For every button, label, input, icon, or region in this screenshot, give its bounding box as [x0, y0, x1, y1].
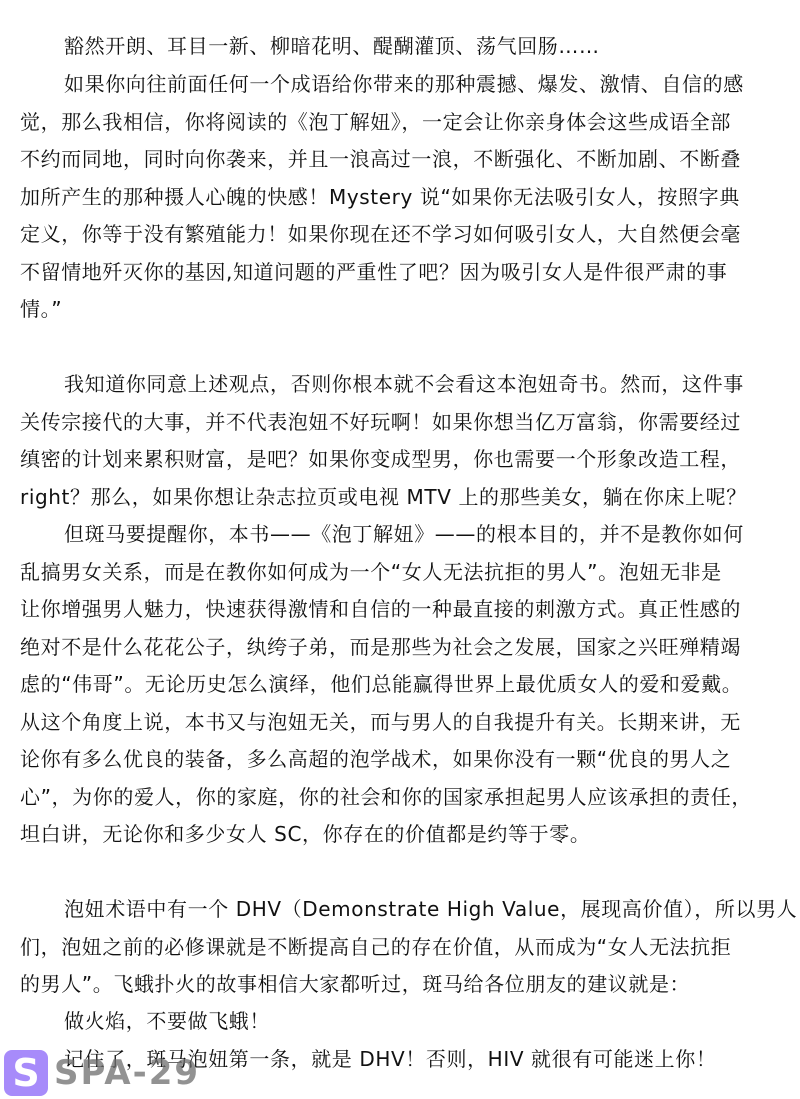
paragraph-intro: 如果你向往前面任何一个成语给你带来的那种震撼、爆发、激情、自信的感 觉，那么我相…: [20, 66, 782, 329]
text-line: right？那么，如果你想让杂志拉页或电视 MTV 上的那些美女，躺在你床上呢？: [20, 479, 782, 517]
text-line: 的男人”。飞蛾扑火的故事相信大家都听过，斑马给各位朋友的建议就是：: [20, 966, 782, 1004]
text-line: 乱搞男女关系，而是在教你如何成为一个“女人无法抗拒的男人”。泡妞无非是: [20, 554, 782, 592]
document-page: 豁然开朗、耳目一新、柳暗花明、醍醐灌顶、荡气回肠…… 如果你向往前面任何一个成语…: [0, 0, 800, 1099]
text-line: 但斑马要提醒你，本书——《泡丁解妞》——的根本目的，并不是教你如何: [20, 516, 782, 554]
text-line: 如果你向往前面任何一个成语给你带来的那种震撼、爆发、激情、自信的感: [20, 66, 782, 104]
text-line: 不约而同地，同时向你袭来，并且一浪高过一浪，不断强化、不断加剧、不断叠: [20, 141, 782, 179]
text-line: 我知道你同意上述观点，否则你根本就不会看这本泡妞奇书。然而，这件事: [20, 366, 782, 404]
paragraph-flame: 做火焰，不要做飞蛾！: [20, 1003, 782, 1041]
text-line: 论你有多么优良的装备，多么高超的泡学战术，如果你没有一颗“优良的男人之: [20, 741, 782, 779]
text-line: 坦白讲，无论你和多少女人 SC，你存在的价值都是约等于零。: [20, 816, 782, 854]
text-line: 豁然开朗、耳目一新、柳暗花明、醍醐灌顶、荡气回肠……: [20, 28, 782, 66]
text-line: 缜密的计划来累积财富，是吧？如果你变成型男，你也需要一个形象改造工程，: [20, 441, 782, 479]
text-line: 让你增强男人魅力，快速获得激情和自信的一种最直接的刺激方式。真正性感的: [20, 591, 782, 629]
text-line: 定义，你等于没有繁殖能力！如果你现在还不学习如何吸引女人，大自然便会毫: [20, 216, 782, 254]
text-line: 情。”: [20, 291, 782, 329]
text-line: 做火焰，不要做飞蛾！: [20, 1003, 782, 1041]
text-line: 心”，为你的爱人，你的家庭，你的社会和你的国家承担起男人应该承担的责任，: [20, 779, 782, 817]
paragraph-idioms: 豁然开朗、耳目一新、柳暗花明、醍醐灌顶、荡气回肠……: [20, 28, 782, 66]
paragraph-agree: 我知道你同意上述观点，否则你根本就不会看这本泡妞奇书。然而，这件事 关传宗接代的…: [20, 366, 782, 516]
text-line: 关传宗接代的大事，并不代表泡妞不好玩啊！如果你想当亿万富翁，你需要经过: [20, 404, 782, 442]
text-line: 绝对不是什么花花公子，纨绔子弟，而是那些为社会之发展，国家之兴旺殚精竭: [20, 629, 782, 667]
text-line: 从这个角度上说，本书又与泡妞无关，而与男人的自我提升有关。长期来讲，无: [20, 704, 782, 742]
watermark-text: SPA-29: [54, 1053, 200, 1093]
watermark: S SPA-29: [4, 1050, 200, 1096]
text-line: 觉，那么我相信，你将阅读的《泡丁解妞》，一定会让你亲身体会这些成语全部: [20, 104, 782, 142]
text-line: 泡妞术语中有一个 DHV（Demonstrate High Value，展现高价…: [20, 891, 782, 929]
text-line: 虑的“伟哥”。无论历史怎么演绎，他们总能赢得世界上最优质女人的爱和爱戴。: [20, 666, 782, 704]
paragraph-dhv: 泡妞术语中有一个 DHV（Demonstrate High Value，展现高价…: [20, 891, 782, 1004]
text-line: 加所产生的那种摄人心魄的快感！Mystery 说“如果你无法吸引女人，按照字典: [20, 179, 782, 217]
paragraph-purpose: 但斑马要提醒你，本书——《泡丁解妞》——的根本目的，并不是教你如何 乱搞男女关系…: [20, 516, 782, 854]
watermark-logo-icon: S: [4, 1050, 48, 1096]
text-line: 们，泡妞之前的必修课就是不断提高自己的存在价值，从而成为“女人无法抗拒: [20, 929, 782, 967]
text-line: 不留情地歼灭你的基因,知道问题的严重性了吧？因为吸引女人是件很严肃的事: [20, 254, 782, 292]
